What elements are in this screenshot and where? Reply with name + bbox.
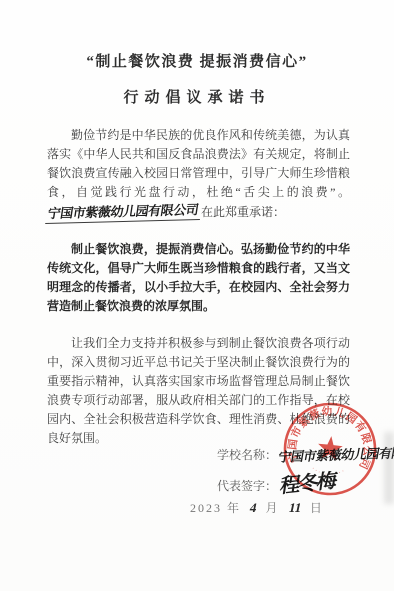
scanned-pledge-document: “制止餐饮浪费 提振消费信心” 行动倡议承诺书 勤俭节约是中华民族的优良作风和传…	[0, 0, 394, 591]
document-title-block: “制止餐饮浪费 提振消费信心” 行动倡议承诺书	[0, 50, 394, 107]
handwritten-day: 11	[283, 500, 307, 516]
scan-speck-artifact	[258, 384, 264, 387]
paragraph-1-closing: 在此郑重承诺：	[201, 205, 285, 219]
signature-label: 代表签字：	[217, 479, 277, 493]
handwritten-month: 4	[244, 500, 262, 516]
document-title-line2: 行动倡议承诺书	[0, 86, 394, 107]
date-month-unit: 月	[266, 501, 280, 515]
seal-star-icon	[317, 435, 344, 461]
seal-ring-text: 宁国市紫薇幼儿园有限公司	[284, 400, 378, 472]
handwritten-school-name-inline: 宁国市紫薇幼儿园有限公司	[45, 200, 203, 224]
paragraph-2: 制止餐饮浪费，提振消费信心。弘扬勤俭节约的中华传统文化，倡导广大师生既当珍惜粮食…	[47, 240, 350, 316]
paragraph-1-text: 勤俭节约是中华民族的优良作风和传统美德，为认真落实《中华人民共和国反食品浪费法》…	[47, 128, 350, 199]
date-year: 2023	[190, 501, 222, 515]
school-name-label: 学校名称：	[217, 448, 277, 462]
official-red-seal-stamp: 宁国市紫薇幼儿园有限公司 ···············	[275, 394, 385, 504]
scan-smudge-artifact	[384, 432, 394, 504]
paragraph-1: 勤俭节约是中华民族的优良作风和传统美德，为认真落实《中华人民共和国反食品浪费法》…	[47, 126, 350, 222]
svg-text:宁国市紫薇幼儿园有限公司: 宁国市紫薇幼儿园有限公司	[284, 400, 378, 472]
date-row: 2023 年 4 月 11 日	[190, 499, 324, 516]
date-day-unit: 日	[310, 501, 324, 515]
document-title-line1: “制止餐饮浪费 提振消费信心”	[0, 50, 394, 71]
date-year-unit: 年	[227, 501, 241, 515]
